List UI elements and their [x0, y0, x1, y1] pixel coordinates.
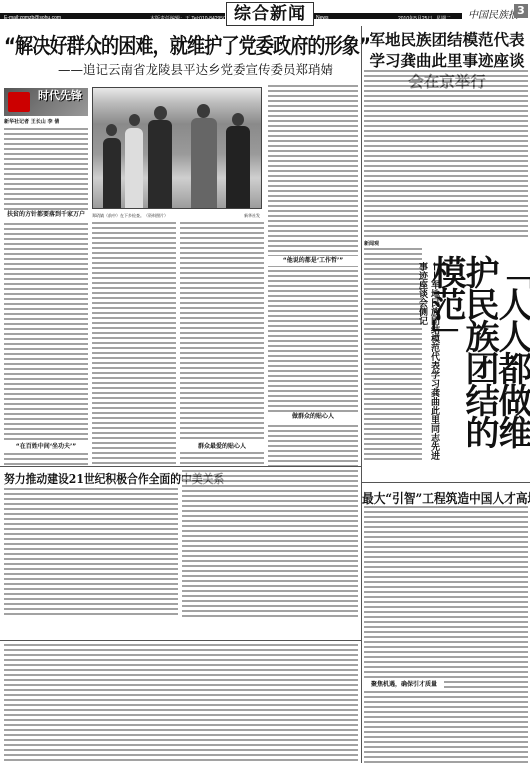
bottom-left-body-lower: [4, 644, 358, 763]
lead-subhead-2: “他说的都是‘工作哲’”: [268, 256, 358, 266]
lead-photo: [92, 87, 262, 209]
column-divider: [361, 26, 362, 763]
byline: 新华社记者 王长山 李 倩: [4, 118, 59, 125]
lead-subhead-1: 扶贫的方针都要落到千家万户: [4, 210, 88, 220]
masthead-news-label: News: [316, 15, 329, 21]
bottom-left-body-top: [182, 470, 358, 620]
lead-body-column-2: [92, 222, 176, 466]
bottom-right-headline: 最大“引智”工程筑造中国人才高地: [362, 488, 530, 507]
masthead-left-bar: E-mail:zgmzb@sohu.com 本版责任编辑：王 Tel:010-8…: [0, 13, 225, 19]
section-divider: [0, 640, 361, 641]
party-emblem-icon: [8, 92, 30, 112]
column-badge-label: 时代先锋: [38, 90, 82, 102]
right-section-label: 新闻观: [364, 240, 379, 247]
page-number: 3: [514, 4, 528, 18]
lead-subheadline: ——追记云南省龙陵县平达乡党委宣传委员郑琑婧: [58, 60, 333, 78]
bottom-left-body-mid: [4, 488, 178, 618]
photo-caption: 郑琑婧（前中）在下乡检查。（资料照片） 新华社发: [92, 213, 260, 218]
right-vertical-headline: 「人人都做维护民族团结的模范」: [442, 255, 528, 465]
masthead-editor-info: 本版责任编辑：王 Tel:010-84295099: [150, 15, 231, 22]
masthead-right-bar: News 2010年5月25日 星期二: [312, 13, 462, 19]
section-divider: [362, 482, 530, 483]
bottom-right-body: [364, 506, 528, 763]
lead-subhead-5: 群众最爱的贴心人: [180, 442, 264, 452]
lead-headline: “解决好群众的困难，就维护了党委政府的形象”: [4, 30, 370, 60]
lead-body-column-3: [180, 222, 264, 466]
lead-subhead-4: “在百姓中间‘坐功夫’”: [4, 442, 88, 452]
photo-caption-text: 郑琑婧（前中）在下乡检查。（资料照片）: [92, 213, 168, 218]
section-divider: [0, 466, 361, 467]
lead-body-column-4: [268, 85, 358, 466]
masthead-email: E-mail:zgmzb@sohu.com: [4, 15, 61, 21]
bottom-right-subhead: 聚焦机遇，确保引才质量: [364, 680, 444, 690]
lead-subhead-3: 做群众的贴心人: [268, 412, 358, 422]
section-title: 综合新闻: [226, 2, 314, 26]
right-sidebar-body: [364, 248, 422, 460]
photo-credit: 新华社发: [244, 213, 260, 218]
masthead-date: 2010年5月25日: [398, 15, 432, 22]
lead-body-column-1: [4, 128, 88, 468]
newspaper-brand: 中国民族报: [468, 6, 518, 21]
column-badge: 时代先锋: [4, 88, 88, 116]
right-article-body: [364, 70, 528, 238]
masthead-weekday: 星期二: [436, 15, 451, 22]
